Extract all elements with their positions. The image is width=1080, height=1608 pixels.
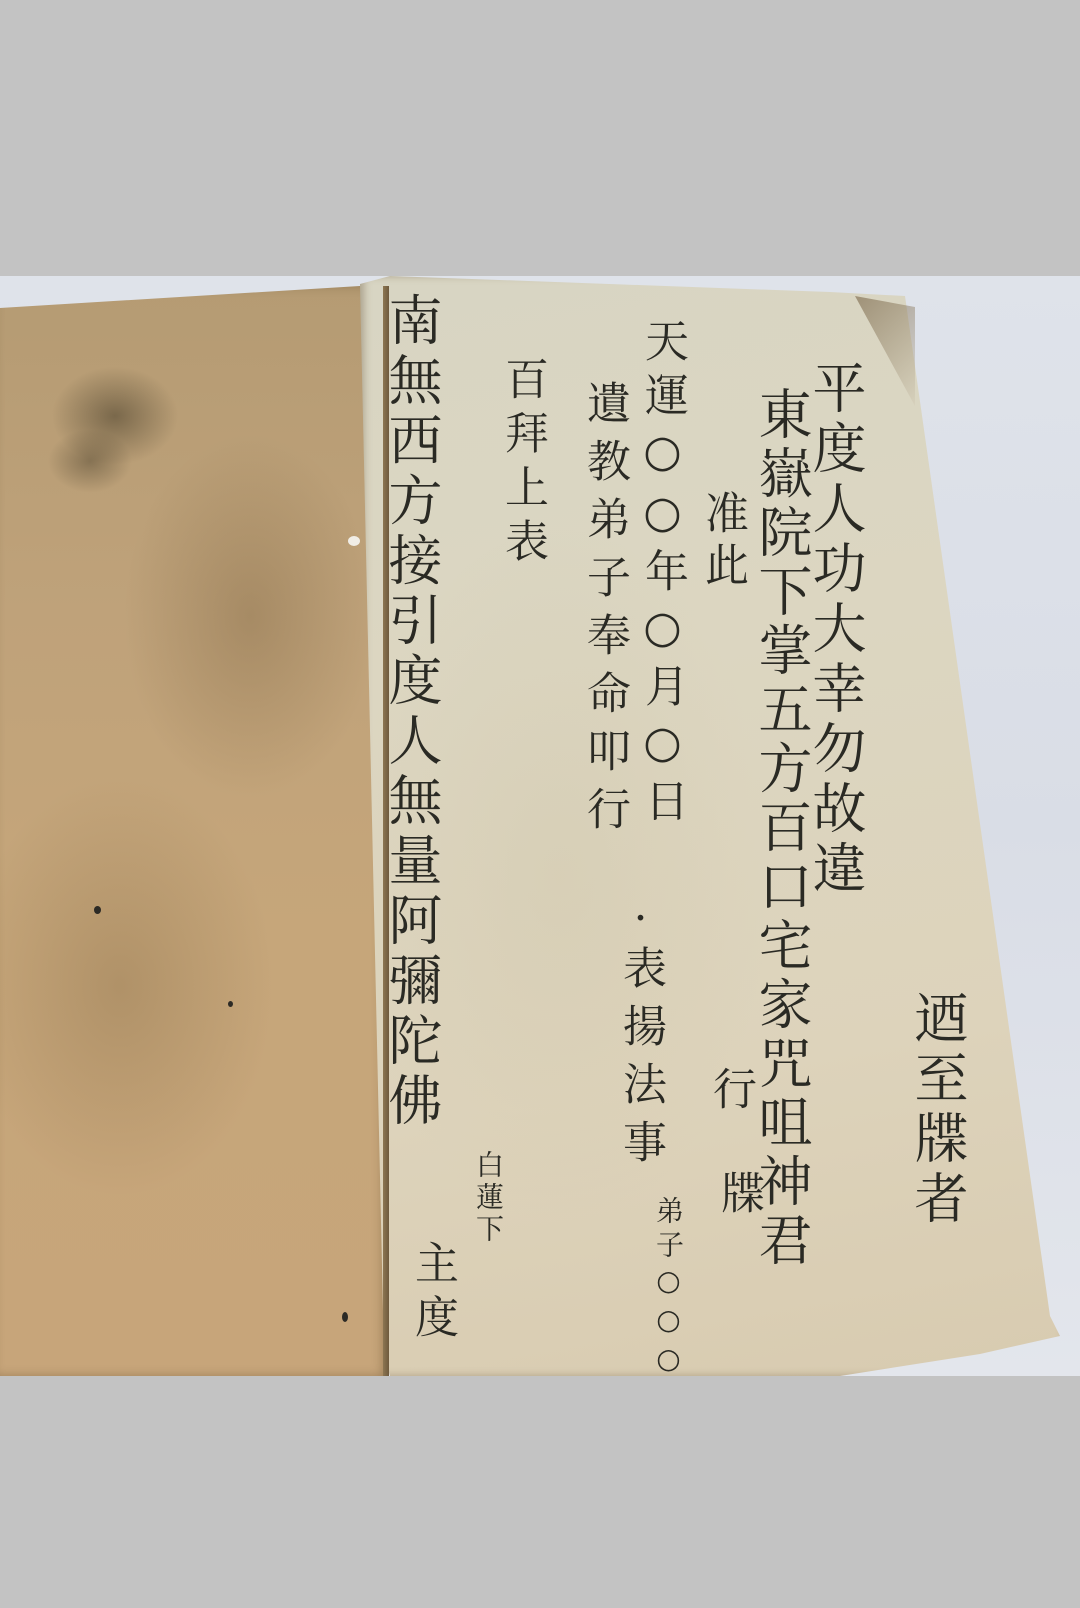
ink-spot [228, 1001, 233, 1007]
text-column-6: 百拜上表 [500, 356, 544, 572]
text-column-3-continuation-1: 行 [708, 1066, 752, 1118]
top-background-band [0, 0, 1080, 276]
text-column-7-small-note: 白蓮下 [474, 1150, 502, 1246]
text-column-1-continuation: 迺至牒者 [910, 990, 964, 1230]
text-column-2: 東嶽院下掌五方百口宅家咒咀神君 [754, 386, 808, 1271]
ink-spot [94, 906, 101, 914]
text-column-1: 平度人功大幸勿故違 [808, 360, 862, 900]
text-column-5-small-note: 弟子○○○ [654, 1196, 682, 1381]
text-column-5: 遺教弟子奉命叩行 [582, 380, 626, 844]
text-column-3-continuation-2: 牒 [716, 1170, 760, 1222]
text-column-5-continuation: .表揚法事 [618, 880, 662, 1177]
left-page-blank [0, 286, 388, 1376]
ink-spot [342, 1312, 348, 1322]
text-column-7: 南無西方接引度人無量阿彌陀佛 [384, 292, 438, 1132]
bottom-background-band [0, 1376, 1080, 1608]
text-column-7-continuation: 主度 [410, 1240, 454, 1348]
paper-tear-spot [348, 536, 360, 546]
text-column-3: 准此 [700, 490, 744, 594]
text-column-4-date: 天運○○年○月○日 [640, 318, 684, 832]
